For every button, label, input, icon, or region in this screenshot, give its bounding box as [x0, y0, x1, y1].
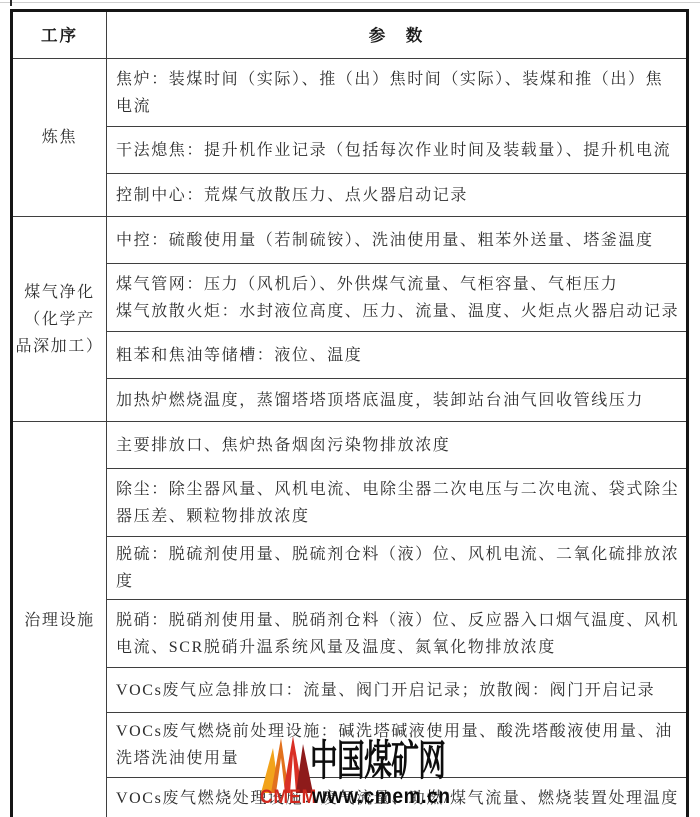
table-row: 煤气净化 （化学产 品深加工） 中控：硫酸使用量（若制硫铵）、洗油使用量、粗苯外… — [12, 217, 688, 264]
param-cell: 中控：硫酸使用量（若制硫铵）、洗油使用量、粗苯外送量、塔釜温度 — [107, 217, 688, 264]
table-row: VOCs废气燃烧处理设施：废气流量、助燃/煤气流量、燃烧装置处理温度 — [12, 778, 688, 817]
table-row: VOCs废气燃烧前处理设施：碱洗塔碱液使用量、酸洗塔酸液使用量、油洗塔洗油使用量 — [12, 713, 688, 778]
param-cell: 脱硫：脱硫剂使用量、脱硫剂仓料（液）位、风机电流、二氧化硫排放浓度 — [107, 537, 688, 600]
table-row: 干法熄焦：提升机作业记录（包括每次作业时间及装载量）、提升机电流 — [12, 127, 688, 174]
param-cell: VOCs废气应急排放口：流量、阀门开启记录；放散阀：阀门开启记录 — [107, 668, 688, 713]
header-parameters: 参 数 — [107, 11, 688, 59]
table-row: 除尘：除尘器风量、风机电流、电除尘器二次电压与二次电流、袋式除尘器压差、颗粒物排… — [12, 469, 688, 537]
param-cell: VOCs废气燃烧处理设施：废气流量、助燃/煤气流量、燃烧装置处理温度 — [107, 778, 688, 817]
table-row: 粗苯和焦油等储槽：液位、温度 — [12, 332, 688, 379]
table-row: 煤气管网：压力（风机后）、外供煤气流量、气柜容量、气柜压力 煤气放散火炬：水封液… — [12, 264, 688, 332]
table-row: 加热炉燃烧温度，蒸馏塔塔顶塔底温度，装卸站台油气回收管线压力 — [12, 379, 688, 422]
param-cell: 控制中心：荒煤气放散压力、点火器启动记录 — [107, 174, 688, 217]
table-row: 脱硫：脱硫剂使用量、脱硫剂仓料（液）位、风机电流、二氧化硫排放浓度 — [12, 537, 688, 600]
param-cell: 焦炉：装煤时间（实际）、推（出）焦时间（实际）、装煤和推（出）焦电流 — [107, 59, 688, 127]
header-process: 工序 — [12, 11, 107, 59]
table-row: 治理设施 主要排放口、焦炉热备烟囱污染物排放浓度 — [12, 422, 688, 469]
table-row: 炼焦 焦炉：装煤时间（实际）、推（出）焦时间（实际）、装煤和推（出）焦电流 — [12, 59, 688, 127]
param-cell: VOCs废气燃烧前处理设施：碱洗塔碱液使用量、酸洗塔酸液使用量、油洗塔洗油使用量 — [107, 713, 688, 778]
param-cell: 粗苯和焦油等储槽：液位、温度 — [107, 332, 688, 379]
table-row: 脱硝：脱硝剂使用量、脱硝剂仓料（液）位、反应器入口烟气温度、风机电流、SCR脱硝… — [12, 600, 688, 668]
document-page: 工序 参 数 炼焦 焦炉：装煤时间（实际）、推（出）焦时间（实际）、装煤和推（出… — [0, 0, 700, 817]
table-row: VOCs废气应急排放口：流量、阀门开启记录；放散阀：阀门开启记录 — [12, 668, 688, 713]
param-cell: 干法熄焦：提升机作业记录（包括每次作业时间及装载量）、提升机电流 — [107, 127, 688, 174]
table-header-row: 工序 参 数 — [12, 11, 688, 59]
scan-artifact-line — [0, 2, 700, 3]
param-cell: 煤气管网：压力（风机后）、外供煤气流量、气柜容量、气柜压力 煤气放散火炬：水封液… — [107, 264, 688, 332]
param-cell: 主要排放口、焦炉热备烟囱污染物排放浓度 — [107, 422, 688, 469]
param-cell: 除尘：除尘器风量、风机电流、电除尘器二次电压与二次电流、袋式除尘器压差、颗粒物排… — [107, 469, 688, 537]
process-cell-gas-purification: 煤气净化 （化学产 品深加工） — [12, 217, 107, 422]
table-row: 控制中心：荒煤气放散压力、点火器启动记录 — [12, 174, 688, 217]
scan-artifact-tick — [10, 0, 12, 6]
process-cell-treatment-facilities: 治理设施 — [12, 422, 107, 817]
parameters-table: 工序 参 数 炼焦 焦炉：装煤时间（实际）、推（出）焦时间（实际）、装煤和推（出… — [10, 9, 689, 817]
param-cell: 加热炉燃烧温度，蒸馏塔塔顶塔底温度，装卸站台油气回收管线压力 — [107, 379, 688, 422]
process-cell-coking: 炼焦 — [12, 59, 107, 217]
param-cell: 脱硝：脱硝剂使用量、脱硝剂仓料（液）位、反应器入口烟气温度、风机电流、SCR脱硝… — [107, 600, 688, 668]
